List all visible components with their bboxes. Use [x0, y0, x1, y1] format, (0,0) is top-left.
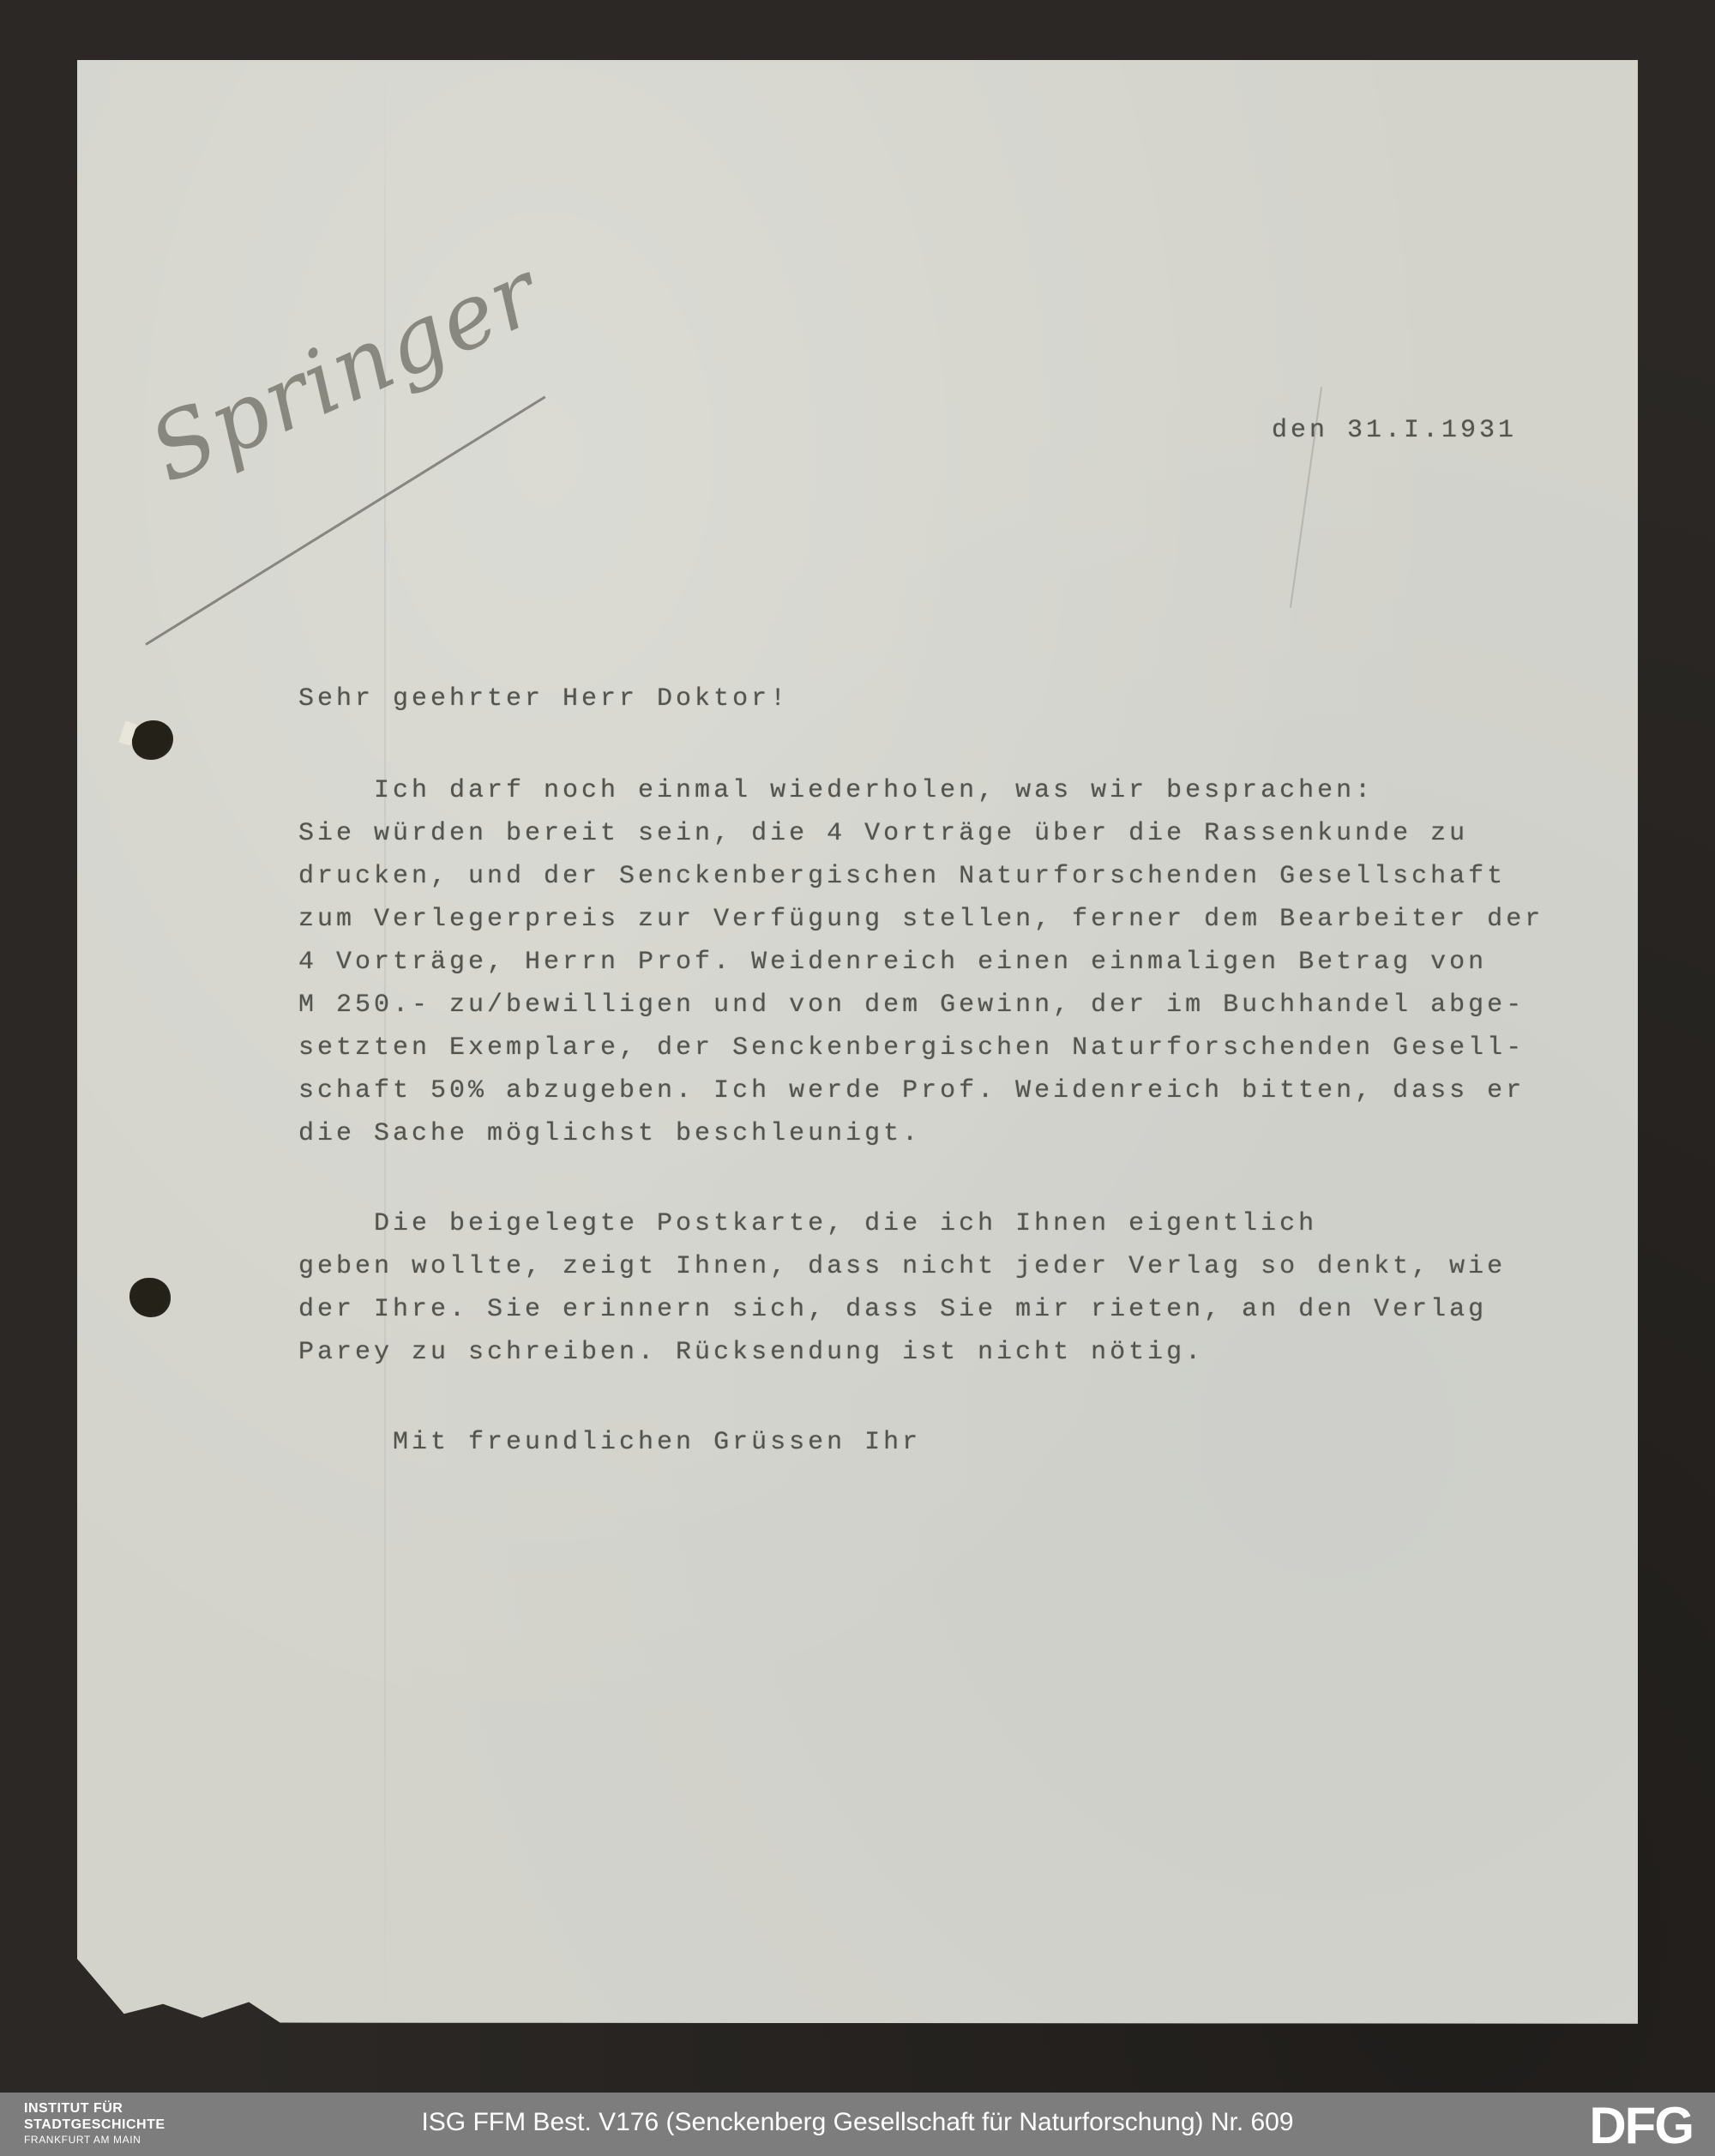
- letter-line: geben wollte, zeigt Ihnen, dass nicht je…: [298, 1250, 1506, 1293]
- letter-line: Ich darf noch einmal wiederholen, was wi…: [298, 774, 1543, 817]
- punch-hole-bottom: [129, 1278, 171, 1317]
- letter-closing: Mit freundlichen Grüssen Ihr: [298, 1426, 921, 1469]
- dfg-logo: DFG: [1589, 2096, 1693, 2155]
- letter-line: der Ihre. Sie erinnern sich, dass Sie mi…: [298, 1293, 1506, 1336]
- letter-line: schaft 50% abzugeben. Ich werde Prof. We…: [298, 1075, 1543, 1117]
- letter-line: Sie würden bereit sein, die 4 Vorträge ü…: [298, 817, 1543, 860]
- punch-hole-top: [132, 720, 173, 760]
- letter-line: drucken, und der Senckenbergischen Natur…: [298, 860, 1543, 903]
- letter-date: den 31.I.1931: [1272, 416, 1517, 445]
- archive-mat-background: Springer den 31.I.1931 Sehr geehrter Her…: [0, 0, 1715, 2156]
- letter-paragraph-2: Die beigelegte Postkarte, die ich Ihnen …: [298, 1207, 1506, 1379]
- archive-footer-bar: INSTITUT FÜR STADTGESCHICHTE FRANKFURT A…: [0, 2093, 1715, 2156]
- letter-line: setzten Exemplare, der Senckenbergischen…: [298, 1032, 1543, 1075]
- letter-line: zum Verlegerpreis zur Verfügung stellen,…: [298, 903, 1543, 946]
- letter-line: die Sache möglichst beschleunigt.: [298, 1117, 1543, 1160]
- pencil-annotation-springer: Springer: [135, 239, 555, 503]
- letter-paragraph-1: Ich darf noch einmal wiederholen, was wi…: [298, 774, 1543, 1160]
- letter-line: Parey zu schreiben. Rücksendung ist nich…: [298, 1336, 1506, 1379]
- letter-line: Die beigelegte Postkarte, die ich Ihnen …: [298, 1207, 1506, 1250]
- letter-line: M 250.- zu/bewilligen und von dem Gewinn…: [298, 989, 1543, 1032]
- letter-page: Springer den 31.I.1931 Sehr geehrter Her…: [77, 60, 1638, 2026]
- letter-line: 4 Vorträge, Herrn Prof. Weidenreich eine…: [298, 946, 1543, 989]
- archive-citation: ISG FFM Best. V176 (Senckenberg Gesellsc…: [0, 2108, 1715, 2137]
- letter-closing-line: Mit freundlichen Grüssen Ihr: [298, 1426, 921, 1469]
- letter-salutation: Sehr geehrter Herr Doktor!: [298, 684, 789, 714]
